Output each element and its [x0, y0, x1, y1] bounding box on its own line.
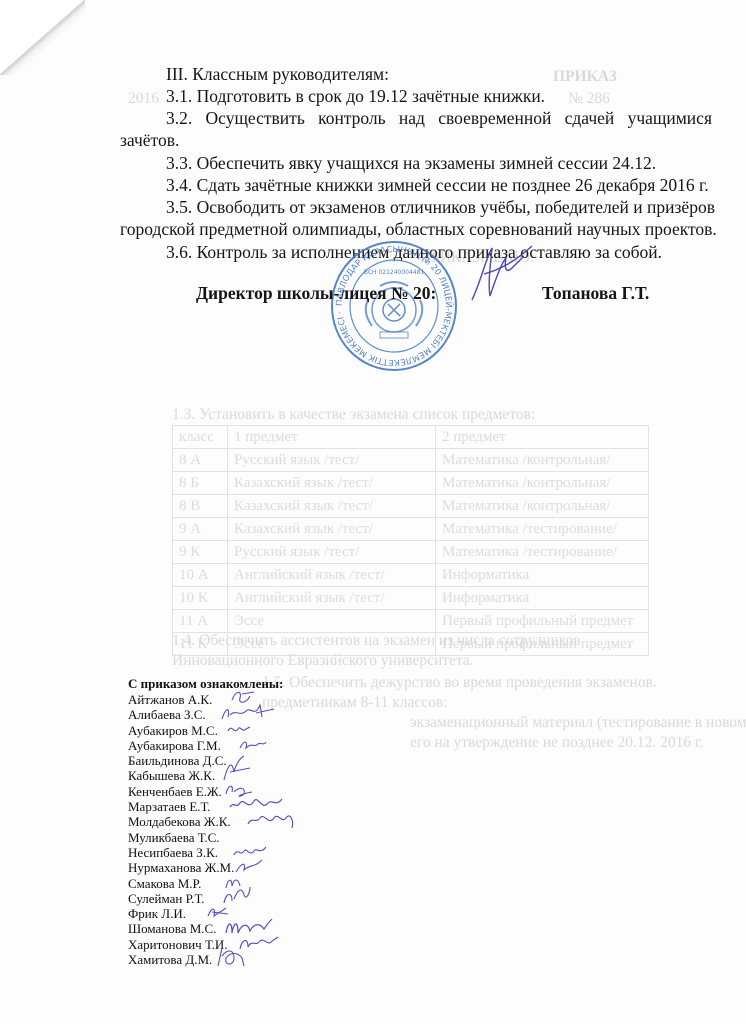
ghost-cell: Математика /тестирование/ — [436, 541, 649, 564]
official-stamp-icon: ПАВЛОДАР ҚАЛАСЫНЫҢ № 20 ЛИЦЕЙ-МЕКТЕБІ МЕ… — [330, 240, 458, 372]
ghost-line: 1.3. Установить в качестве экзамена спис… — [172, 406, 535, 424]
ghost-line: его на утверждение не позднее 20.12. 201… — [410, 734, 703, 752]
item-3-2-line1: 3.2. Осуществить контроль над своевремен… — [166, 108, 712, 128]
signature-icon — [214, 944, 246, 970]
list-item: Алибаева З.С. — [128, 707, 234, 722]
list-item: Фрик Л.И. — [128, 906, 234, 921]
signatory-name: Смакова М.Р. — [128, 876, 201, 891]
ghost-cell: Русский язык /тест/ — [228, 449, 436, 472]
signatory-name: Аубакиров М.С. — [128, 723, 218, 738]
list-item: Молдабекова Ж.К. — [128, 814, 234, 829]
ghost-cell: 11 А — [173, 610, 228, 633]
signatory-name: Шоманова М.С. — [128, 921, 216, 936]
ghost-table-row: 8 ВКазахский язык /тест/Математика /конт… — [173, 495, 649, 518]
ghost-cell: Английский язык /тест/ — [228, 587, 436, 610]
signatory-name: Аубакирова Г.М. — [128, 738, 221, 753]
ghost-cell: 8 В — [173, 495, 228, 518]
ghost-cell: Английский язык /тест/ — [228, 564, 436, 587]
section-heading: III. Классным руководителям: — [166, 64, 389, 84]
ghost-table: класс 1 предмет 2 предмет 8 АРусский язы… — [172, 425, 649, 656]
signatory-name: Молдабекова Ж.К. — [128, 814, 231, 829]
list-item: Марзатаев Е.Т. — [128, 799, 234, 814]
ghost-line: предметникам 8-11 классов: — [262, 694, 448, 712]
list-item: Смакова М.Р. — [128, 876, 234, 891]
signatory-name: Алибаева З.С. — [128, 707, 206, 722]
list-item: Нурмаханова Ж.М. — [128, 860, 234, 875]
signature-icon — [246, 808, 296, 834]
item-3-3: 3.3. Обеспечить явку учащихся на экзамен… — [166, 153, 656, 173]
ghost-table-header: класс 1 предмет 2 предмет — [173, 426, 649, 449]
list-item: Айтжанов А.К. — [128, 692, 234, 707]
signatory-name: Айтжанов А.К. — [128, 692, 212, 707]
ghost-table-row: 8 АРусский язык /тест/Математика /контро… — [173, 449, 649, 472]
list-item: Кенченбаев Е.Ж. — [128, 784, 234, 799]
item-3-4: 3.4. Сдать зачётные книжки зимней сессии… — [166, 175, 709, 195]
ghost-table-row: 8 БКазахский язык /тест/Математика /конт… — [173, 472, 649, 495]
signatory-name: Хамитова Д.М. — [128, 952, 212, 967]
signatory-name: Нурмаханова Ж.М. — [128, 860, 234, 875]
director-title: Директор школы-лицея № 20: — [196, 283, 436, 304]
ghost-table-row: 9 КРусский язык /тест/Математика /тестир… — [173, 541, 649, 564]
list-item: Хамитова Д.М. — [128, 952, 234, 967]
list-item: Муликбаева Т.С. — [128, 830, 234, 845]
ghost-cell: 8 Б — [173, 472, 228, 495]
ghost-table-row: 10 ААнглийский язык /тест/Информатика — [173, 564, 649, 587]
item-3-1: 3.1. Подготовить в срок до 19.12 зачётны… — [166, 86, 545, 106]
signature-icon — [238, 734, 268, 754]
ghost-cell: Математика /контрольная/ — [436, 449, 649, 472]
list-item: Аубакирова Г.М. — [128, 738, 234, 753]
folded-corner — [0, 0, 85, 75]
signatory-name: Кенченбаев Е.Ж. — [128, 784, 222, 799]
ghost-table-row: 10 КАнглийский язык /тест/Информатика — [173, 587, 649, 610]
item-3-5-line2: городской предметной олимпиады, областны… — [120, 219, 717, 239]
ghost-cell: 10 К — [173, 587, 228, 610]
signatory-name: Баильдинова Д.С. — [128, 753, 227, 768]
signatory-name: Кабышева Ж.К. — [128, 768, 215, 783]
director-signature-icon — [462, 238, 534, 308]
ghost-cell: 2 предмет — [436, 426, 649, 449]
signatory-name: Марзатаев Е.Т. — [128, 799, 210, 814]
ghost-cell: 8 А — [173, 449, 228, 472]
list-item: Кабышева Ж.К. — [128, 768, 234, 783]
signatory-name: Сулейман Р.Т. — [128, 891, 204, 906]
ghost-line: Инновационного Евразийского университета… — [172, 652, 474, 670]
ghost-line: 1.4. Обеспечить ассистентов на экзамен и… — [172, 632, 581, 650]
ghost-cell: Математика /тестирование/ — [436, 518, 649, 541]
ghost-cell: Первый профильный предмет — [436, 610, 649, 633]
ghost-cell: Информатика — [436, 587, 649, 610]
ghost-cell: 1 предмет — [228, 426, 436, 449]
item-3-5-line1: 3.5. Освободить от экзаменов отличников … — [166, 197, 715, 217]
ghost-cell: 10 А — [173, 564, 228, 587]
list-item: Аубакиров М.С. — [128, 723, 234, 738]
item-3-2-line2: зачётов. — [120, 130, 179, 150]
signatory-name: Фрик Л.И. — [128, 906, 186, 921]
acknowledgement-list: Айтжанов А.К. Алибаева З.С. Аубакиров М.… — [128, 692, 234, 967]
list-item: Баильдинова Д.С. — [128, 753, 234, 768]
ghost-cell: класс — [173, 426, 228, 449]
ghost-cell: Математика /контрольная/ — [436, 495, 649, 518]
document-page: ПРИКАЗ № 286 2016 ПРИКАЗЫВАЮ: 1.3. Устан… — [0, 0, 746, 1024]
ghost-line: экзаменационный материал (тестирование в… — [410, 714, 746, 732]
ghost-cell: 9 А — [173, 518, 228, 541]
signatory-name: Муликбаева Т.С. — [128, 830, 220, 845]
ghost-cell: Эссе — [228, 610, 436, 633]
ghost-title: ПРИКАЗ — [553, 68, 617, 86]
ghost-cell: Русский язык /тест/ — [228, 541, 436, 564]
ghost-cell: 9 К — [173, 541, 228, 564]
svg-text:БСН 021240004481: БСН 021240004481 — [364, 269, 425, 276]
signatory-name: Несипбаева З.К. — [128, 845, 218, 860]
list-item: Несипбаева З.К. — [128, 845, 234, 860]
signatory-name: Харитонович Т.И. — [128, 937, 228, 952]
ghost-cell: Казахский язык /тест/ — [228, 518, 436, 541]
ghost-number: № 286 — [568, 90, 610, 108]
ghost-cell: Казахский язык /тест/ — [228, 472, 436, 495]
director-name: Топанова Г.Т. — [542, 283, 649, 304]
acknowledgement-title: С приказом ознакомлены: — [128, 676, 283, 692]
svg-text:ПАВЛОДАР ҚАЛАСЫНЫҢ № 20 ЛИЦЕЙ-: ПАВЛОДАР ҚАЛАСЫНЫҢ № 20 ЛИЦЕЙ-МЕКТЕБІ МЕ… — [335, 245, 455, 367]
ghost-cell: Казахский язык /тест/ — [228, 495, 436, 518]
ghost-cell: Информатика — [436, 564, 649, 587]
ghost-year: 2016 — [128, 90, 159, 108]
list-item: Шоманова М.С. — [128, 921, 234, 936]
ghost-line: 1.5. Обеспечить дежурство во время прове… — [262, 674, 657, 692]
ghost-table-row: 11 АЭссеПервый профильный предмет — [173, 610, 649, 633]
ghost-cell: Математика /контрольная/ — [436, 472, 649, 495]
ghost-table-row: 9 АКазахский язык /тест/Математика /тест… — [173, 518, 649, 541]
